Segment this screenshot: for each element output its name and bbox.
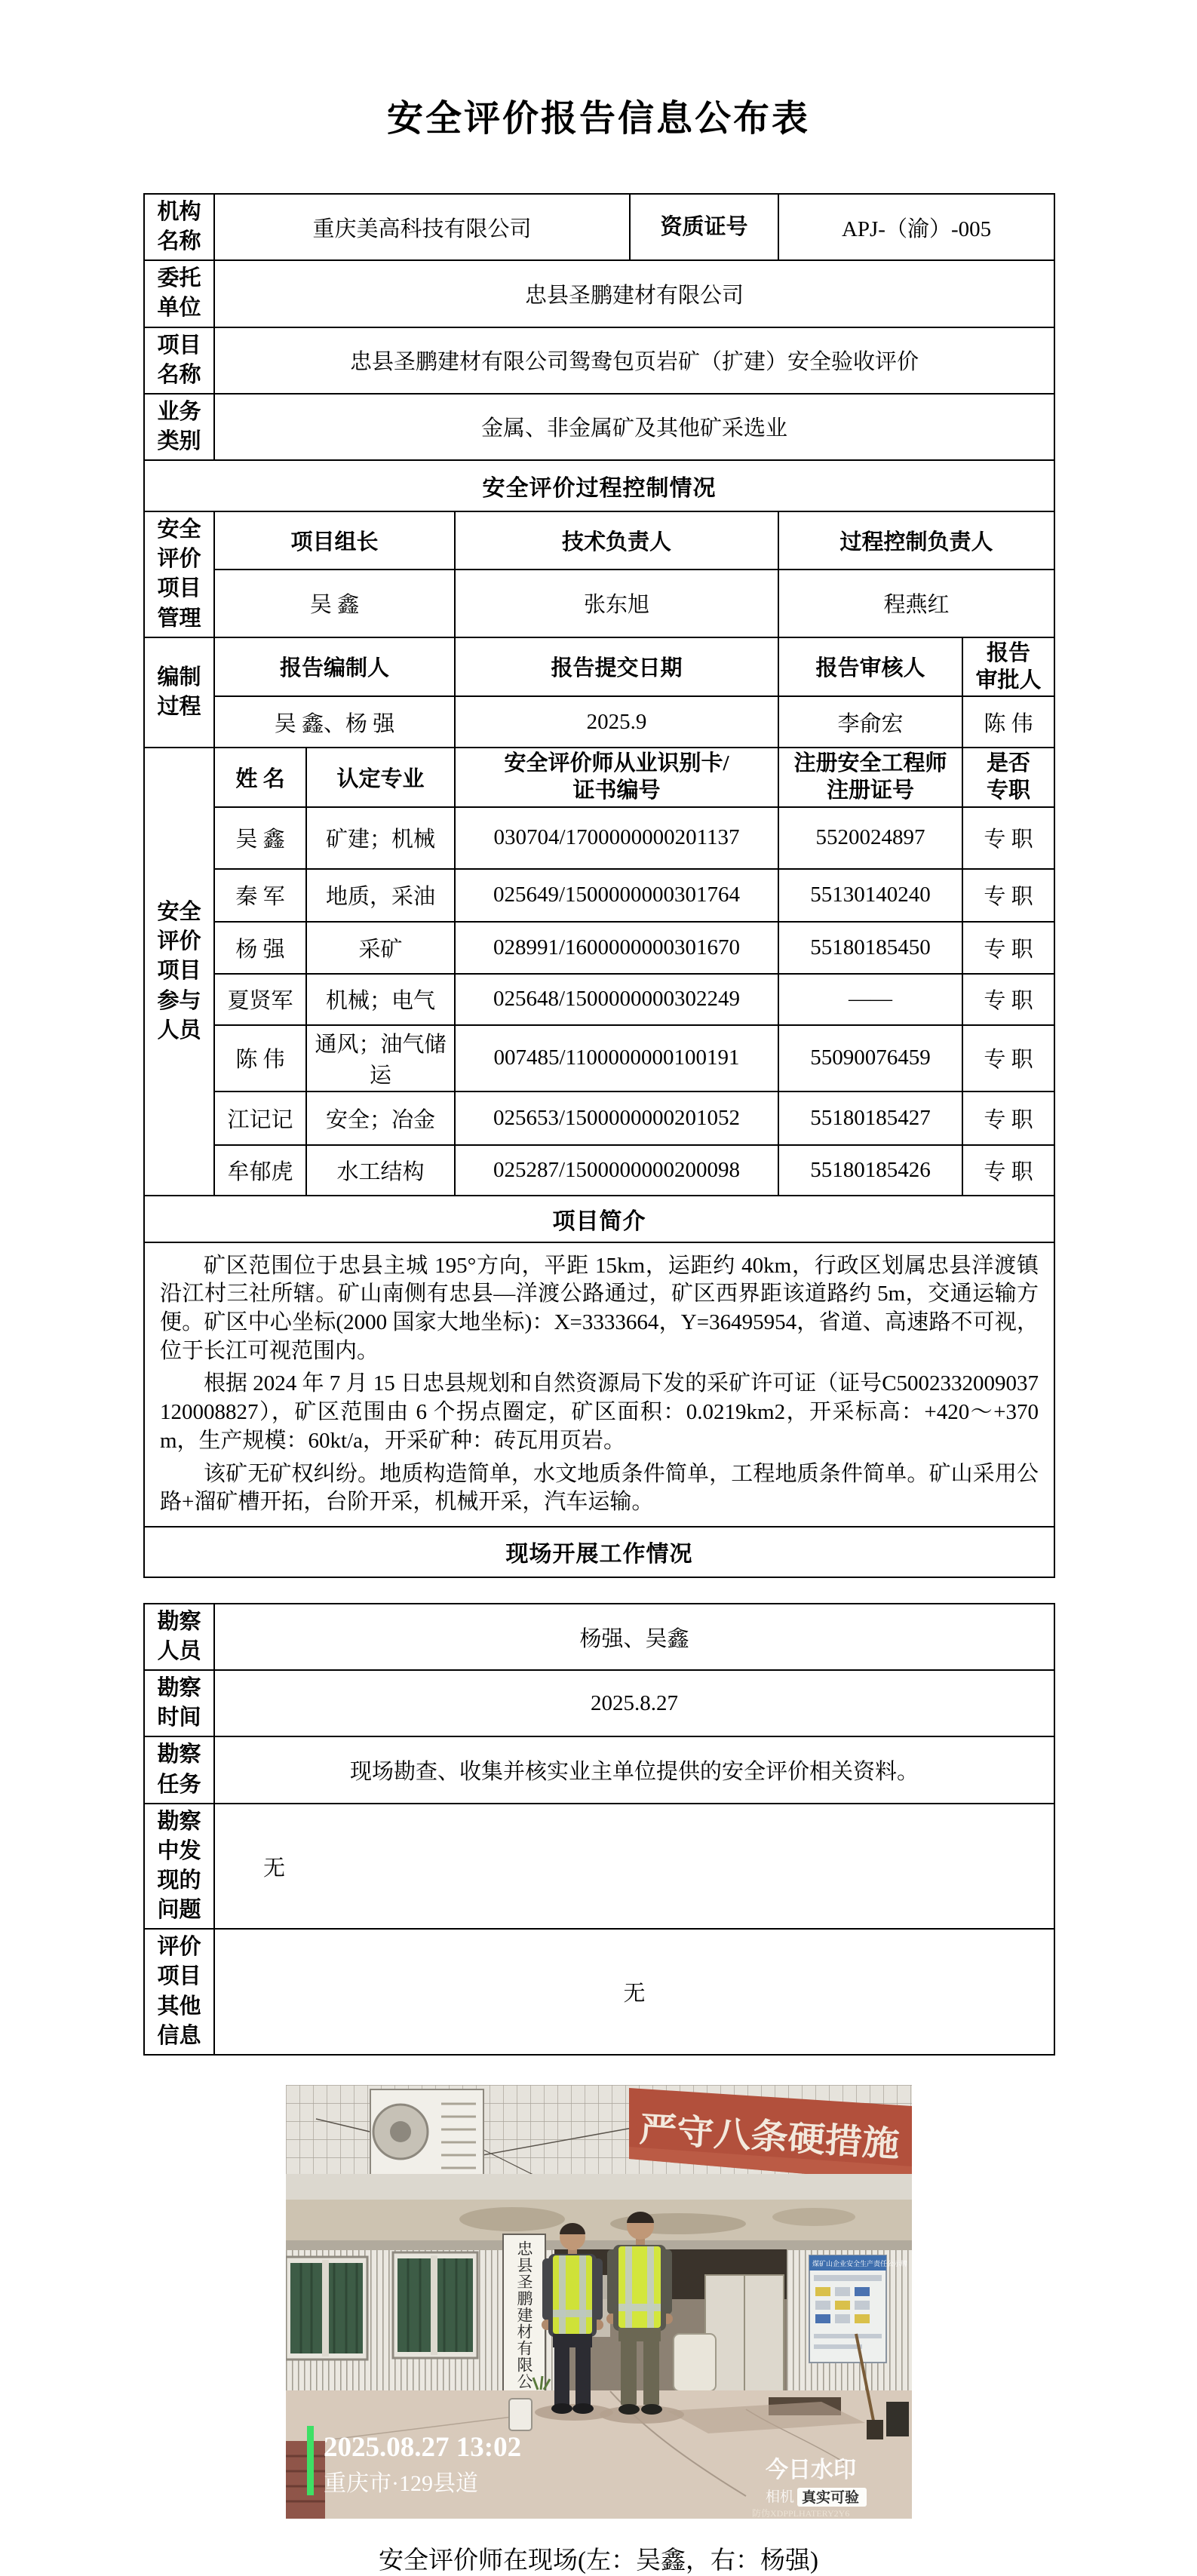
- site-work-header: 现场开展工作情况: [144, 1527, 1054, 1577]
- participant-major: 安全；冶金: [306, 1091, 455, 1145]
- survey-task-label: 勘察任务: [144, 1736, 214, 1803]
- participant-name: 陈 伟: [214, 1025, 306, 1091]
- participant-major: 矿建；机械: [306, 807, 455, 869]
- participant-row: 秦 军 地质，采油 025649/1500000000301764 551301…: [144, 869, 1054, 922]
- participant-major: 水工结构: [306, 1145, 455, 1196]
- watermark-badge: 真实可验: [802, 2488, 859, 2506]
- site-photo: 严守八条硬措施 忠县圣鹏建材有限公司 煤矿山企业安全生产: [0, 2085, 1197, 2522]
- participant-cert: 007485/1100000000100191: [455, 1025, 778, 1091]
- client-name: 忠县圣鹏建材有限公司: [214, 260, 1054, 327]
- participant-name: 夏贤军: [214, 974, 306, 1025]
- qualification-number: APJ-（渝）-005: [778, 194, 1054, 260]
- participants-label: 安全评价项目参与人员: [144, 748, 214, 1196]
- survey-personnel: 杨强、吴鑫: [214, 1604, 1054, 1670]
- qualification-label: 资质证号: [630, 194, 778, 260]
- col-report-date: 报告提交日期: [455, 637, 778, 697]
- company-sign-text: 忠县圣鹏建材有限公司: [515, 2240, 533, 2406]
- watermark-app-sub: 相机: [766, 2488, 794, 2505]
- participant-reg: 5520024897: [778, 807, 962, 869]
- col-report-approver: 报告 审批人: [962, 637, 1054, 697]
- report-reviewer: 李俞宏: [778, 696, 962, 748]
- table-row: 委托单位 忠县圣鹏建材有限公司: [144, 260, 1054, 327]
- participant-fulltime: 专 职: [962, 807, 1054, 869]
- window-right: [393, 2252, 477, 2358]
- site-photo-image: 严守八条硬措施 忠县圣鹏建材有限公司 煤矿山企业安全生产: [286, 2085, 912, 2519]
- survey-time: 2025.8.27: [214, 1670, 1054, 1736]
- watermark-location: 重庆市·129县道: [324, 2471, 478, 2496]
- project-leader: 吴 鑫: [214, 570, 455, 637]
- intro-paragraph: 矿区范围位于忠县主城 195°方向，平距 15km，运距约 40km，行政区划属…: [160, 1252, 1039, 1366]
- table-row: 勘察中发现的问题 无: [144, 1804, 1054, 1930]
- bucket: [509, 2399, 532, 2430]
- participant-fulltime: 专 职: [962, 1091, 1054, 1145]
- participant-row: 江记记 安全；冶金 025653/1500000000201052 551801…: [144, 1091, 1054, 1145]
- survey-problems-label: 勘察中发现的问题: [144, 1804, 214, 1930]
- col-process-manager: 过程控制负责人: [778, 511, 1054, 570]
- col-participant-reg: 注册安全工程师 注册证号: [778, 748, 962, 807]
- participant-major: 采矿: [306, 922, 455, 974]
- watermark-bar: [307, 2426, 314, 2495]
- balcony-ledge: [286, 2174, 912, 2200]
- col-participant-name: 姓 名: [214, 748, 306, 807]
- compilation-label: 编制过程: [144, 637, 214, 748]
- participant-cert: 025653/1500000000201052: [455, 1091, 778, 1145]
- participant-row: 吴 鑫 矿建；机械 030704/1700000000201137 552002…: [144, 807, 1054, 869]
- chair: [674, 2334, 716, 2391]
- table-row: 现场开展工作情况: [144, 1527, 1054, 1577]
- table-row: 吴 鑫 张东旭 程燕红: [144, 570, 1054, 637]
- table-row: 机构名称 重庆美高科技有限公司 资质证号 APJ-（渝）-005: [144, 194, 1054, 260]
- report-date: 2025.9: [455, 696, 778, 748]
- report-approver: 陈 伟: [962, 696, 1054, 748]
- table-row: 矿区范围位于忠县主城 195°方向，平距 15km，运距约 40km，行政区划属…: [144, 1242, 1054, 1527]
- trash-bin: [886, 2402, 909, 2436]
- col-participant-cert: 安全评价师从业识别卡/ 证书编号: [455, 748, 778, 807]
- process-control-header: 安全评价过程控制情况: [144, 460, 1054, 511]
- table-row: 勘察任务 现场勘查、收集并核实业主单位提供的安全评价相关资料。: [144, 1736, 1054, 1803]
- report-compiler: 吴 鑫、杨 强: [214, 696, 455, 748]
- management-label: 安全评价项目管理: [144, 511, 214, 637]
- brick-stack: [286, 2441, 325, 2519]
- table-row: 项目简介: [144, 1196, 1054, 1242]
- col-report-reviewer: 报告审核人: [778, 637, 962, 697]
- intro-header: 项目简介: [144, 1196, 1054, 1242]
- participant-name: 杨 强: [214, 922, 306, 974]
- participant-fulltime: 专 职: [962, 1025, 1054, 1091]
- business-type: 金属、非金属矿及其他矿采选业: [214, 394, 1054, 460]
- col-participant-major: 认定专业: [306, 748, 455, 807]
- survey-time-label: 勘察时间: [144, 1670, 214, 1736]
- intro-paragraph: 该矿无矿权纠纷。地质构造简单，水文地质条件简单，工程地质条件简单。矿山采用公路+…: [160, 1460, 1039, 1517]
- table-row: 安全评价过程控制情况: [144, 460, 1054, 511]
- participant-row: 杨 强 采矿 028991/1600000000301670 551801854…: [144, 922, 1054, 974]
- watermark-antifake: 防伪XDPPLHATERY2Y6: [752, 2507, 849, 2519]
- safety-report-info-table: 机构名称 重庆美高科技有限公司 资质证号 APJ-（渝）-005 委托单位 忠县…: [143, 193, 1055, 1578]
- document-page: { "page": { "title": "安全评价报告信息公布表", "pho…: [0, 0, 1197, 2495]
- page-title: 安全评价报告信息公布表: [0, 0, 1197, 141]
- table-row: 编制过程 报告编制人 报告提交日期 报告审核人 报告 审批人: [144, 637, 1054, 697]
- business-label: 业务类别: [144, 394, 214, 460]
- project-label: 项目名称: [144, 327, 214, 394]
- participant-major: 地质，采油: [306, 869, 455, 922]
- participant-name: 秦 军: [214, 869, 306, 922]
- col-project-leader: 项目组长: [214, 511, 455, 570]
- intro-content: 矿区范围位于忠县主城 195°方向，平距 15km，运距约 40km，行政区划属…: [144, 1242, 1054, 1527]
- participant-reg: 55130140240: [778, 869, 962, 922]
- participant-reg: 55180185450: [778, 922, 962, 974]
- project-name: 忠县圣鹏建材有限公司鸳鸯包页岩矿（扩建）安全验收评价: [214, 327, 1054, 394]
- participant-row: 夏贤军 机械；电气 025648/1500000000302249 —— 专 职: [144, 974, 1054, 1025]
- participant-reg: 55090076459: [778, 1025, 962, 1091]
- participant-row: 陈 伟 通风；油气储运 007485/1100000000100191 5509…: [144, 1025, 1054, 1091]
- survey-other-label: 评价项目其他信息: [144, 1929, 214, 2055]
- participant-name: 牟郁虎: [214, 1145, 306, 1196]
- window-left: [286, 2257, 367, 2360]
- participant-fulltime: 专 职: [962, 869, 1054, 922]
- table-row: 业务类别 金属、非金属矿及其他矿采选业: [144, 394, 1054, 460]
- company-sign: 忠县圣鹏建材有限公司: [503, 2234, 545, 2414]
- participant-reg: ——: [778, 974, 962, 1025]
- survey-problems: 无: [214, 1804, 1054, 1930]
- participant-name: 吴 鑫: [214, 807, 306, 869]
- table-row: 勘察时间 2025.8.27: [144, 1670, 1054, 1736]
- site-survey-table: 勘察人员 杨强、吴鑫 勘察时间 2025.8.27 勘察任务 现场勘查、收集并核…: [143, 1603, 1055, 2056]
- poster-title-text: 煤矿山企业安全生产责任公示牌: [812, 2259, 907, 2267]
- table-row: 勘察人员 杨强、吴鑫: [144, 1604, 1054, 1670]
- participant-cert: 028991/1600000000301670: [455, 922, 778, 974]
- org-name: 重庆美高科技有限公司: [214, 194, 630, 260]
- table-row: 吴 鑫、杨 强 2025.9 李俞宏 陈 伟: [144, 696, 1054, 748]
- tech-manager: 张东旭: [455, 570, 778, 637]
- participant-fulltime: 专 职: [962, 922, 1054, 974]
- survey-task: 现场勘查、收集并核实业主单位提供的安全评价相关资料。: [214, 1736, 1054, 1803]
- watermark-datetime: 2025.08.27 13:02: [324, 2432, 521, 2463]
- participant-cert: 025648/1500000000302249: [455, 974, 778, 1025]
- col-tech-manager: 技术负责人: [455, 511, 778, 570]
- org-label: 机构名称: [144, 194, 214, 260]
- watermark-app-name: 今日水印: [766, 2457, 856, 2482]
- participant-cert: 025649/1500000000301764: [455, 869, 778, 922]
- participant-fulltime: 专 职: [962, 1145, 1054, 1196]
- photo-caption: 安全评价师在现场(左：吴鑫，右：杨强): [0, 2541, 1197, 2576]
- participant-name: 江记记: [214, 1091, 306, 1145]
- participant-major: 通风；油气储运: [306, 1025, 455, 1091]
- participant-cert: 025287/1500000000200098: [455, 1145, 778, 1196]
- participant-cert: 030704/1700000000201137: [455, 807, 778, 869]
- process-manager: 程燕红: [778, 570, 1054, 637]
- survey-other: 无: [214, 1929, 1054, 2055]
- client-label: 委托单位: [144, 260, 214, 327]
- participant-reg: 55180185426: [778, 1145, 962, 1196]
- col-report-compiler: 报告编制人: [214, 637, 455, 697]
- participant-fulltime: 专 职: [962, 974, 1054, 1025]
- participant-major: 机械；电气: [306, 974, 455, 1025]
- table-row: 评价项目其他信息 无: [144, 1929, 1054, 2055]
- survey-personnel-label: 勘察人员: [144, 1604, 214, 1670]
- participant-reg: 55180185427: [778, 1091, 962, 1145]
- table-row: 项目名称 忠县圣鹏建材有限公司鸳鸯包页岩矿（扩建）安全验收评价: [144, 327, 1054, 394]
- col-participant-fulltime: 是否 专职: [962, 748, 1054, 807]
- table-row: 安全评价项目参与人员 姓 名 认定专业 安全评价师从业识别卡/ 证书编号 注册安…: [144, 748, 1054, 807]
- table-row: 安全评价项目管理 项目组长 技术负责人 过程控制负责人: [144, 511, 1054, 570]
- participant-row: 牟郁虎 水工结构 025287/1500000000200098 5518018…: [144, 1145, 1054, 1196]
- intro-paragraph: 根据 2024 年 7 月 15 日忠县规划和自然资源局下发的采矿许可证（证号C…: [160, 1370, 1039, 1455]
